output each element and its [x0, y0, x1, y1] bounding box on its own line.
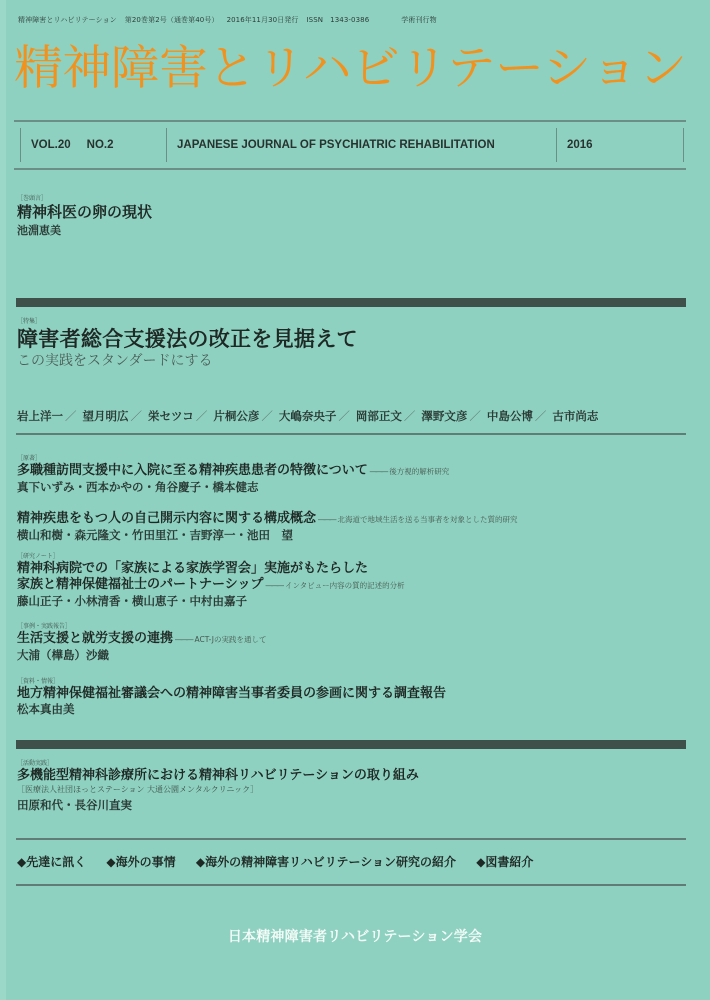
section-divider-thin: [16, 838, 686, 840]
article-title: 精神疾患をもつ人の自己開示内容に関する構成概念: [17, 511, 316, 526]
article-title: 地方精神保健福祉審議会への精神障害当事者委員の参画に関する調査報告: [17, 686, 446, 702]
special-feature-tagline: この実践をスタンダードにする: [17, 352, 358, 370]
issue-number: 第20巻第2号（通巻第40号）: [125, 15, 219, 25]
journal-name-small: 精神障害とリハビリテーション: [18, 15, 117, 25]
section-label: ［原著］: [17, 455, 449, 463]
article-authors: 松本真由美: [17, 702, 446, 717]
volume-number: VOL.20: [31, 139, 71, 151]
article-title-line1: 精神科病院での「家族による家族学習会」実施がもたらした: [17, 561, 405, 577]
article-subtitle: 北海道で地域生活を送る当事者を対象とした質的研究: [318, 515, 518, 524]
article-authors: 横山和樹・森元隆文・竹田里江・吉野淳一・池田 望: [17, 528, 518, 543]
author: 栄セツコ: [148, 409, 194, 423]
article-title-line2: 家族と精神保健福祉士のパートナーシップ: [17, 577, 263, 592]
journal-title: 精神障害とリハビリテーション: [14, 40, 687, 98]
section-label: ［巻頭言］: [17, 195, 152, 203]
article-data-info: ［資料・情報］ 地方精神保健福祉審議会への精神障害当事者委員の参画に関する調査報…: [17, 678, 446, 717]
author: 中島公博: [487, 409, 533, 423]
editorial-title: 精神科医の卵の現状: [17, 203, 152, 222]
article-authors: 大浦（樺島）沙織: [17, 648, 266, 663]
section-label: ［資料・情報］: [17, 678, 446, 686]
author: 片桐公彦: [213, 409, 259, 423]
volume-cell: VOL.20 NO.2: [20, 128, 166, 162]
section-divider-thin: [16, 433, 686, 435]
publisher-name: 日本精神障害者リハビリテーション学会: [0, 926, 710, 946]
year: 2016: [556, 128, 684, 162]
article-authors: 藤山正子・小林清香・横山恵子・中村由嘉子: [17, 594, 405, 609]
cover-edge: [0, 0, 6, 1000]
article-title-row: 家族と精神保健福祉士のパートナーシップインタビュー内容の質的記述的分析: [17, 577, 405, 594]
editorial-section: ［巻頭言］ 精神科医の卵の現状 池淵恵美: [17, 195, 152, 238]
author: 岡部正文: [356, 409, 402, 423]
author: 澤野文彦: [421, 409, 467, 423]
column-item: ◆海外の事情: [106, 855, 175, 869]
section-label: ［特集］: [17, 318, 358, 326]
section-divider-thick: [16, 298, 686, 307]
journal-cover: 精神障害とリハビリテーション 第20巻第2号（通巻第40号） 2016年11月3…: [0, 0, 710, 1000]
english-title: JAPANESE JOURNAL OF PSYCHIATRIC REHABILI…: [166, 128, 556, 162]
article-practice: ［活動実践］ 多機能型精神科診療所における精神科リハビリテーションの取り組み ［…: [17, 760, 419, 813]
issn: ISSN 1343-0386: [307, 15, 370, 25]
article-research-note: ［研究ノート］ 精神科病院での「家族による家族学習会」実施がもたらした 家族と精…: [17, 553, 405, 609]
special-feature-title: 障害者総合支援法の改正を見据えて: [17, 326, 358, 352]
special-feature-section: ［特集］ 障害者総合支援法の改正を見据えて この実践をスタンダードにする: [17, 318, 358, 370]
volume-bar: VOL.20 NO.2 JAPANESE JOURNAL OF PSYCHIAT…: [14, 120, 686, 170]
section-label: ［事例・実践報告］: [17, 623, 266, 631]
special-feature-authors: 岩上洋一／ 望月明広／ 栄セツコ／ 片桐公彦／ 大嶋奈央子／ 岡部正文／ 澤野文…: [17, 408, 598, 424]
article-title: 多機能型精神科診療所における精神科リハビリテーションの取り組み: [17, 768, 419, 784]
article-subtitle: インタビュー内容の質的記述的分析: [265, 581, 404, 590]
section-divider-thick: [16, 740, 686, 749]
publication-category: 学術刊行物: [401, 15, 437, 25]
article-title-row: 多職種訪問支援中に入院に至る精神疾患患者の特徴について後方視的解析研究: [17, 463, 449, 480]
publication-date: 2016年11月30日発行: [227, 15, 299, 25]
section-label: ［研究ノート］: [17, 553, 405, 561]
article-title: 多職種訪問支援中に入院に至る精神疾患患者の特徴について: [17, 463, 368, 478]
article-authors: 田原和代・長谷川直実: [17, 798, 419, 813]
article-title-row: 精神疾患をもつ人の自己開示内容に関する構成概念北海道で地域生活を送る当事者を対象…: [17, 511, 518, 528]
article-case-report: ［事例・実践報告］ 生活支援と就労支援の連携ACT-Jの実践を通して 大浦（樺島…: [17, 623, 266, 663]
column-item: ◆図書紹介: [476, 855, 533, 869]
section-divider-thin: [16, 884, 686, 886]
article-affiliation: ［医療法人社団ほっとステーション 大通公園メンタルクリニック］: [17, 784, 419, 795]
article-title: 生活支援と就労支援の連携: [17, 631, 173, 646]
article-original-2: 精神疾患をもつ人の自己開示内容に関する構成概念北海道で地域生活を送る当事者を対象…: [17, 511, 518, 543]
column-item: ◆海外の精神障害リハビリテーション研究の紹介: [196, 855, 456, 869]
article-title-row: 生活支援と就労支援の連携ACT-Jの実践を通して: [17, 631, 266, 648]
publication-info-strip: 精神障害とリハビリテーション 第20巻第2号（通巻第40号） 2016年11月3…: [18, 15, 690, 25]
author: 古市尚志: [552, 409, 598, 423]
author: 大嶋奈央子: [279, 409, 337, 423]
regular-columns: ◆先達に訊く ◆海外の事情 ◆海外の精神障害リハビリテーション研究の紹介 ◆図書…: [17, 853, 549, 870]
author: 岩上洋一: [17, 409, 63, 423]
author: 望月明広: [83, 409, 129, 423]
column-item: ◆先達に訊く: [17, 855, 86, 869]
article-subtitle: ACT-Jの実践を通して: [175, 635, 266, 644]
section-label: ［活動実践］: [17, 760, 419, 768]
article-authors: 真下いずみ・西本かやの・角谷慶子・橋本健志: [17, 480, 449, 495]
editorial-author: 池淵恵美: [17, 222, 152, 238]
issue-no: NO.2: [87, 139, 114, 151]
article-subtitle: 後方視的解析研究: [370, 467, 450, 476]
article-original-1: ［原著］ 多職種訪問支援中に入院に至る精神疾患患者の特徴について後方視的解析研究…: [17, 455, 449, 495]
